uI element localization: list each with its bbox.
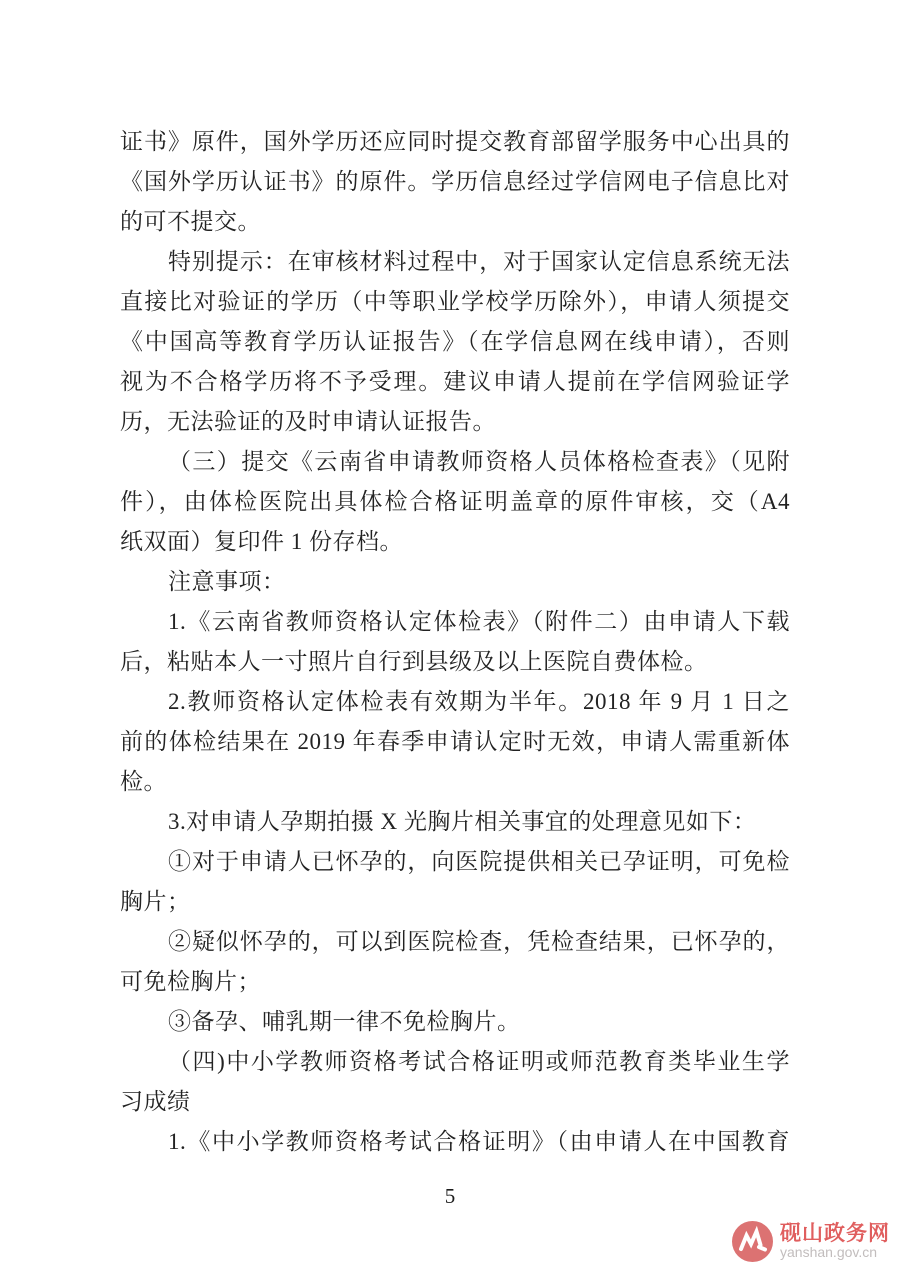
doc-line: （三）提交《云南省申请教师资格人员体格检查表》（见附 bbox=[120, 442, 790, 482]
page-number: 5 bbox=[0, 1180, 900, 1212]
doc-line: 后，粘贴本人一寸照片自行到县级及以上医院自费体检。 bbox=[120, 642, 790, 682]
doc-line: 胸片； bbox=[120, 882, 790, 922]
doc-line: 特别提示：在审核材料过程中，对于国家认定信息系统无法 bbox=[120, 242, 790, 282]
doc-line: 前的体检结果在 2019 年春季申请认定时无效，申请人需重新体 bbox=[120, 722, 790, 762]
doc-line: 证书》原件，国外学历还应同时提交教育部留学服务中心出具的 bbox=[120, 122, 790, 162]
doc-line: ②疑似怀孕的，可以到医院检查，凭检查结果，已怀孕的， bbox=[120, 922, 790, 962]
doc-line: 直接比对验证的学历（中等职业学校学历除外），申请人须提交 bbox=[120, 282, 790, 322]
site-watermark: 砚山政务网 yanshan.gov.cn bbox=[732, 1221, 890, 1262]
doc-line: 纸双面）复印件 1 份存档。 bbox=[120, 522, 790, 562]
doc-line: 可免检胸片； bbox=[120, 962, 790, 1002]
watermark-site-url: yanshan.gov.cn bbox=[780, 1245, 890, 1260]
doc-line: 注意事项： bbox=[120, 562, 790, 602]
doc-line: 件），由体检医院出具体检合格证明盖章的原件审核，交（A4 bbox=[120, 482, 790, 522]
doc-line: ③备孕、哺乳期一律不免检胸片。 bbox=[120, 1002, 790, 1042]
watermark-text: 砚山政务网 yanshan.gov.cn bbox=[780, 1223, 890, 1260]
doc-line: （四)中小学教师资格考试合格证明或师范教育类毕业生学 bbox=[120, 1042, 790, 1082]
doc-line: 的可不提交。 bbox=[120, 202, 790, 242]
doc-line: 2.教师资格认定体检表有效期为半年。2018 年 9 月 1 日之 bbox=[120, 682, 790, 722]
doc-line: 视为不合格学历将不予受理。建议申请人提前在学信网验证学 bbox=[120, 362, 790, 402]
doc-line: 1.《中小学教师资格考试合格证明》（由申请人在中国教育 bbox=[120, 1122, 790, 1162]
doc-line: 《中国高等教育学历认证报告》（在学信息网在线申请），否则 bbox=[120, 322, 790, 362]
document-body: 证书》原件，国外学历还应同时提交教育部留学服务中心出具的 《国外学历认证书》的原… bbox=[120, 122, 790, 1162]
document-page: { "page": { "number": "5" }, "document":… bbox=[0, 0, 900, 1273]
doc-line: 《国外学历认证书》的原件。学历信息经过学信网电子信息比对 bbox=[120, 162, 790, 202]
doc-line: 3.对申请人孕期拍摄 X 光胸片相关事宜的处理意见如下： bbox=[120, 802, 790, 842]
doc-line: 习成绩 bbox=[120, 1082, 790, 1122]
mountain-m-icon bbox=[732, 1221, 773, 1262]
doc-line: ①对于申请人已怀孕的，向医院提供相关已孕证明，可免检 bbox=[120, 842, 790, 882]
doc-line: 检。 bbox=[120, 762, 790, 802]
doc-line: 1.《云南省教师资格认定体检表》（附件二）由申请人下载 bbox=[120, 602, 790, 642]
watermark-site-name: 砚山政务网 bbox=[780, 1223, 890, 1245]
doc-line: 历，无法验证的及时申请认证报告。 bbox=[120, 402, 790, 442]
